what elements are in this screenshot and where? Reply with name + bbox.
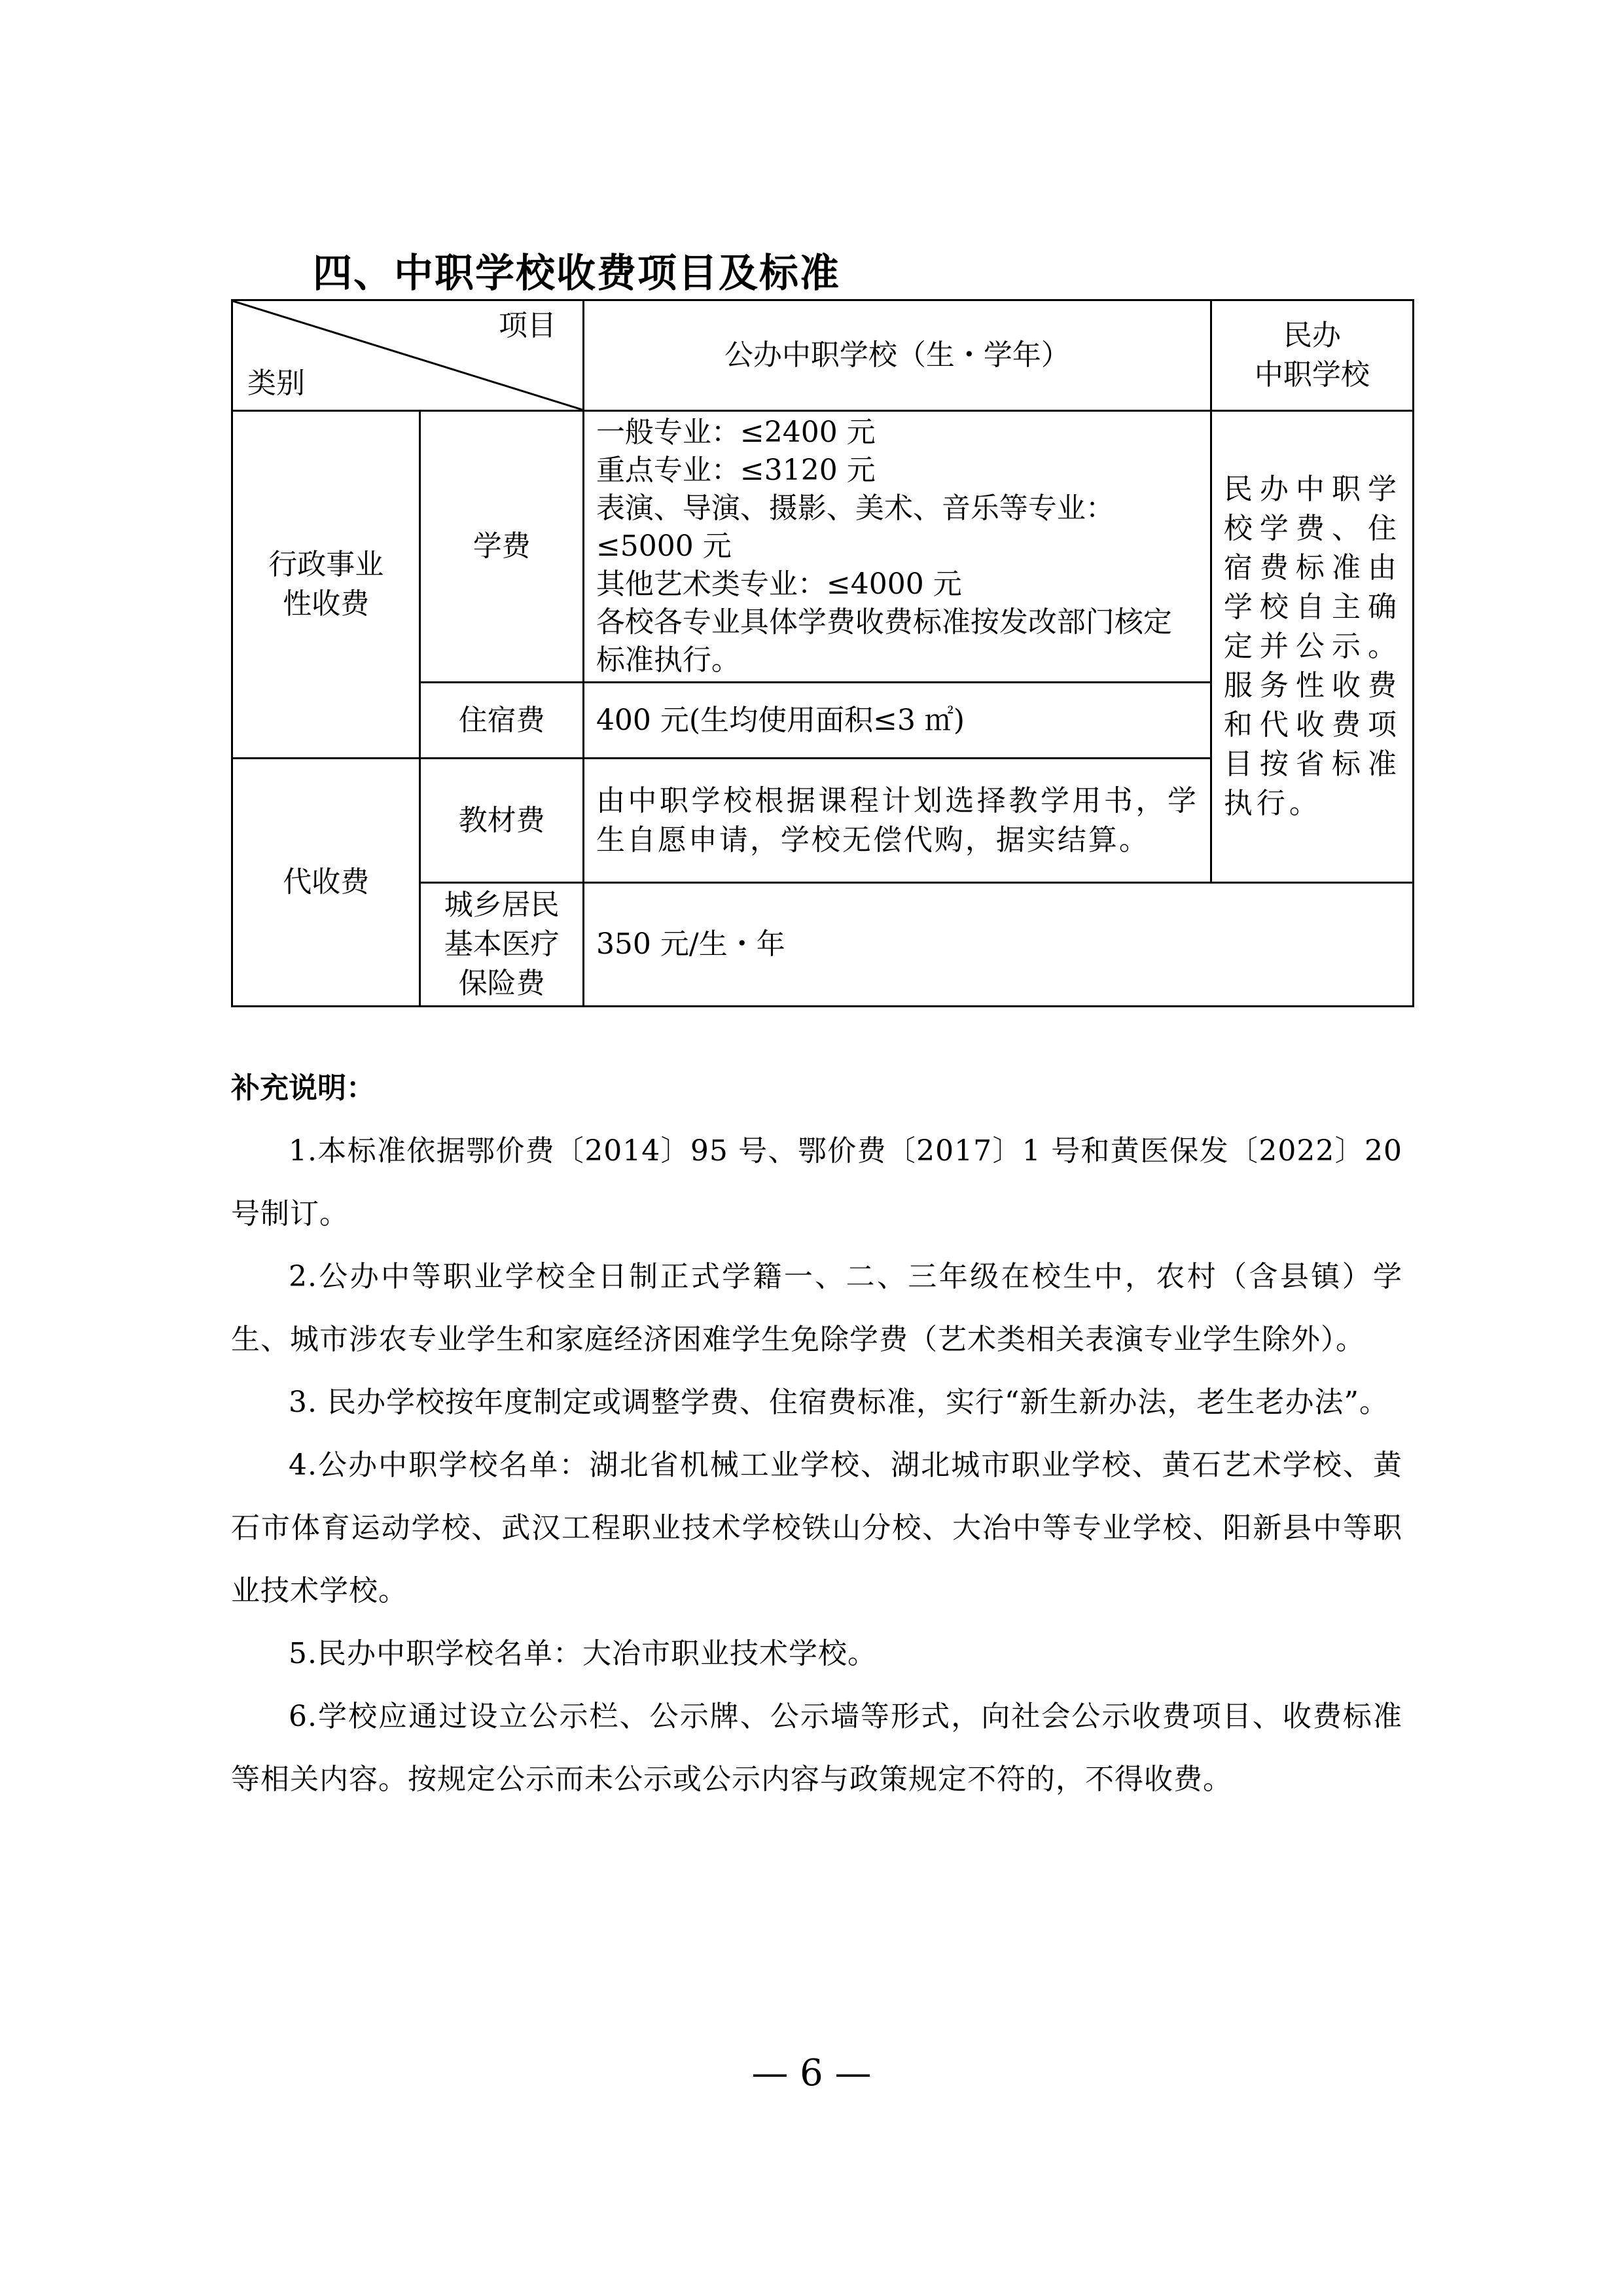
item-cell: 学费 xyxy=(420,411,583,683)
fee-line: 各校各专业具体学费收费标准按发改部门核定标准执行。 xyxy=(596,603,1198,679)
private-school-note: 民办中职学校学费、住宿费标准由学校自主确定并公示。服务性收费和代收费项目按省标准… xyxy=(1211,411,1413,883)
public-fee-cell: 由中职学校根据课程计划选择教学用书，学生自愿申请，学校无偿代购，据实结算。 xyxy=(583,759,1211,883)
fee-line: 表演、导演、摄影、美术、音乐等专业：≤5000 元 xyxy=(596,490,1198,565)
header-private-school: 民办 中职学校 xyxy=(1211,300,1413,411)
item-cell: 城乡居民基本医疗保险费 xyxy=(420,883,583,1007)
fee-standards-table: 项目 类别 公办中职学校（生・学年） 民办 中职学校 行政事业性收费 学费 一般… xyxy=(231,299,1414,1007)
note-item: 5.民办中职学校名单：大冶市职业技术学校。 xyxy=(231,1623,1402,1685)
supplementary-notes: 补充说明： 1.本标准依据鄂价费〔2014〕95 号、鄂价费〔2017〕1 号和… xyxy=(231,1057,1402,1811)
header-private-line1: 民办 xyxy=(1224,316,1400,355)
category-cell: 代收费 xyxy=(232,759,420,1007)
section-title: 四、中职学校收费项目及标准 xyxy=(313,242,840,298)
fee-line: 其他艺术类专业：≤4000 元 xyxy=(596,565,1198,603)
table-row: 行政事业性收费 学费 一般专业：≤2400 元 重点专业：≤3120 元 表演、… xyxy=(232,411,1414,683)
note-item: 2.公办中等职业学校全日制正式学籍一、二、三年级在校生中，农村（含县镇）学生、城… xyxy=(231,1246,1402,1371)
header-public-school: 公办中职学校（生・学年） xyxy=(583,300,1211,411)
item-cell: 教材费 xyxy=(420,759,583,883)
note-item: 3. 民办学校按年度制定或调整学费、住宿费标准，实行“新生新办法，老生老办法”。 xyxy=(231,1371,1402,1434)
note-item: 6.学校应通过设立公示栏、公示牌、公示墙等形式，向社会公示收费项目、收费标准等相… xyxy=(231,1685,1402,1811)
note-item: 4.公办中职学校名单：湖北省机械工业学校、湖北城市职业学校、黄石艺术学校、黄石市… xyxy=(231,1434,1402,1623)
fee-line: 一般专业：≤2400 元 xyxy=(596,414,1198,452)
category-cell: 行政事业性收费 xyxy=(232,411,420,759)
notes-heading: 补充说明： xyxy=(231,1057,1402,1120)
header-category-label: 类别 xyxy=(247,364,305,403)
public-fee-cell: 350 元/生・年 xyxy=(583,883,1413,1007)
header-private-line2: 中职学校 xyxy=(1224,355,1400,395)
public-fee-cell: 400 元(生均使用面积≤3 ㎡) xyxy=(583,683,1211,759)
note-item: 1.本标准依据鄂价费〔2014〕95 号、鄂价费〔2017〕1 号和黄医保发〔2… xyxy=(231,1120,1402,1246)
diagonal-header-cell: 项目 类别 xyxy=(232,300,584,411)
header-item-label: 项目 xyxy=(499,306,556,346)
page-number: — 6 — xyxy=(0,2052,1623,2094)
public-fee-cell: 一般专业：≤2400 元 重点专业：≤3120 元 表演、导演、摄影、美术、音乐… xyxy=(583,411,1211,683)
table-header-row: 项目 类别 公办中职学校（生・学年） 民办 中职学校 xyxy=(232,300,1414,411)
item-cell: 住宿费 xyxy=(420,683,583,759)
fee-line: 重点专业：≤3120 元 xyxy=(596,452,1198,490)
